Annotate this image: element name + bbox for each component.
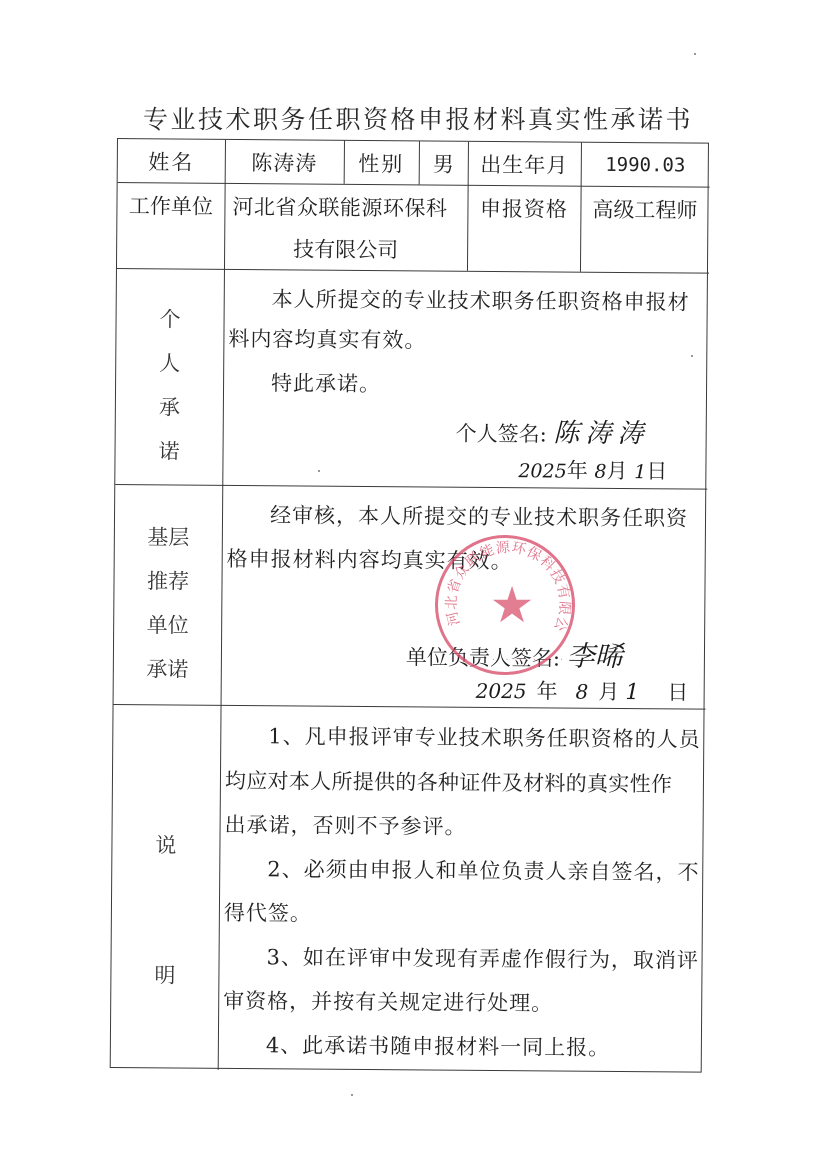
unit-date-year-char: 年 <box>536 679 557 703</box>
scan-speck <box>691 355 693 357</box>
scan-speck <box>318 470 320 472</box>
unit-signature-date: 2025年8月1日 <box>476 675 689 707</box>
unit-date-day-handwriting: 1 <box>625 680 639 705</box>
unit-signature: 单位负责人签名: 李晞 <box>406 633 623 675</box>
document-title: 专业技术职务任职资格申报材料真实性承诺书 <box>118 100 718 136</box>
personal-signature: 个人签名: 陈涛涛 <box>456 412 650 451</box>
note-1-line2: 均应对本人所提供的各种证件及材料的真实性作 <box>225 758 673 808</box>
personal-signature-date: 2025年 8月 1日 <box>518 454 667 485</box>
personal-commitment-label-char: 人 <box>116 347 223 378</box>
birth-value: 1990.03 <box>581 143 710 187</box>
name-value: 陈涛涛 <box>225 140 344 184</box>
employer-value-line1: 河北省众联能源环保科 <box>232 191 447 223</box>
note-1-line1: 1、凡申报评审专业技术职务任职资格的人员 <box>268 713 701 762</box>
date-month-char: 月 <box>606 459 627 483</box>
qualification-label: 申报资格 <box>467 185 581 272</box>
note-3-line1: 3、如在评审中发现有弄虚作假行为，取消评 <box>266 934 699 983</box>
personal-commitment-label-char: 个 <box>116 303 223 334</box>
personal-commitment-label-char: 诺 <box>115 435 222 466</box>
note-4-line1: 4、此承诺书随申报材料一同上报。 <box>266 1022 611 1071</box>
unit-commitment-line1: 经审核，本人所提交的专业技术职务任职资 <box>270 492 688 541</box>
personal-commitment-label-char: 承 <box>116 391 223 422</box>
date-day-char: 日 <box>646 459 667 483</box>
employer-value-line2: 技有限公司 <box>224 233 467 265</box>
unit-date-month-handwriting: 8 <box>575 680 588 704</box>
gender-value: 男 <box>419 141 468 184</box>
unit-commitment-label-line: 承诺 <box>114 653 221 684</box>
note-2-line1: 2、必须由申报人和单位负责人亲自签名，不 <box>267 846 700 895</box>
document-page: 专业技术职务任职资格申报材料真实性承诺书 姓名 陈涛涛 性别 男 出生年月 19… <box>0 0 827 1170</box>
date-month-handwriting: 8 <box>594 461 606 483</box>
unit-commitment-label-line: 基层 <box>115 521 222 552</box>
unit-commitment-label-line: 推荐 <box>114 565 221 596</box>
unit-date-year-handwriting: 2025 <box>476 679 527 703</box>
commitment-form-table: 姓名 陈涛涛 性别 男 出生年月 1990.03 工作单位 河北省众联能源环保科… <box>110 138 709 1073</box>
unit-commitment-label-line: 单位 <box>114 609 221 640</box>
name-label: 姓名 <box>118 139 225 183</box>
unit-date-day-char: 日 <box>667 680 688 704</box>
note-2-line2: 得代签。 <box>224 890 312 937</box>
unit-signature-label: 单位负责人签名: <box>406 645 560 670</box>
note-3-line2: 审资格，并按有关规定进行处理。 <box>223 978 553 1027</box>
personal-commitment-line2: 料内容均真实有效。 <box>228 316 426 364</box>
date-day-handwriting: 1 <box>634 461 646 483</box>
notes-label-char: 说 <box>112 829 219 860</box>
personal-commitment-line3: 特此承诺。 <box>271 360 381 407</box>
notes-label-char: 明 <box>111 959 218 990</box>
date-year-handwriting: 2025 <box>518 460 567 482</box>
qualification-value: 高级工程师 <box>580 186 710 273</box>
note-1-line3: 出承诺，否则不予参评。 <box>224 802 466 850</box>
scan-speck <box>351 1094 353 1096</box>
scan-speck <box>694 53 696 55</box>
personal-signature-handwriting: 陈涛涛 <box>553 418 649 449</box>
date-year-char: 年 <box>567 459 588 483</box>
gender-label: 性别 <box>344 141 419 185</box>
unit-date-month-char: 月 <box>598 680 619 704</box>
unit-commitment-line2: 格申报材料内容均真实有效。 <box>227 536 513 584</box>
employer-value: 河北省众联能源环保科 技有限公司 <box>224 183 468 271</box>
birth-label: 出生年月 <box>468 142 581 186</box>
unit-signature-handwriting: 李晞 <box>567 640 623 673</box>
personal-signature-label: 个人签名: <box>456 422 547 447</box>
employer-label: 工作单位 <box>117 182 225 269</box>
